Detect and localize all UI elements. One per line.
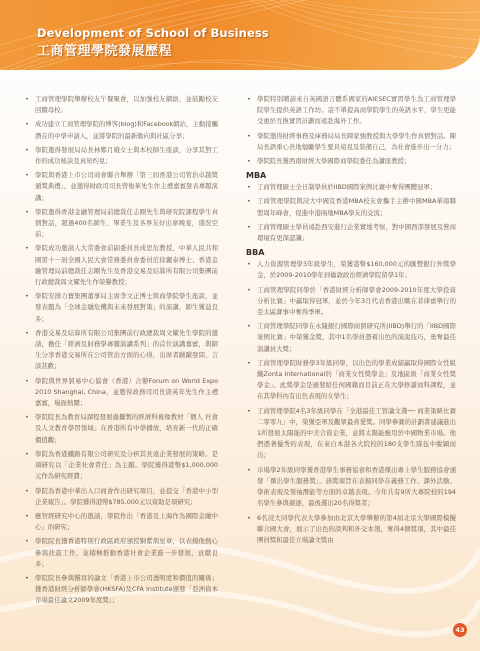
list-item: 學院邀得香港金融管理局前總裁任志剛先生與研究院課程學生真情對話，超過400名師生… — [24, 207, 218, 241]
bba-achievements-list: 人力資源管理學3年級學生，榮獲港幣$160,000元的匯豐銀行外獎學金，於200… — [246, 259, 456, 546]
list-item: 工商管理學院同學在永隆銀行國際商貿研究所(IIBD)舉行的「IIBD國際案例比賽… — [246, 321, 456, 355]
list-item: 香港交易及結算所有限公司集團前行政總裁周文耀先生學院的邀請，擔任「經濟及財務學專… — [24, 328, 218, 373]
list-item: 工商管理學院舉辦校友午餐聚會，以加強校友網絡，並鼓勵校友回饋母校； — [24, 94, 218, 116]
page-number-badge: 43 — [453, 623, 467, 637]
list-item: 學院成功邀請人大常委會前副委員長成思危教授、中華人民共和國第十一屆全國人民大會常… — [24, 243, 218, 288]
list-item: 應智經研究中心的邀請，學院作出「香港及上海作為國際金融中心」的研究； — [24, 511, 218, 533]
general-achievements-list: 學院特別聘請來自英國語言體系國家的AIESEC實習學生為工商管理學院學生提供英語… — [246, 94, 456, 167]
list-item: 學院院長獲西南財經大學國際商學院委任為講座教授； — [246, 156, 456, 167]
left-column: 工商管理學院舉辦校友午餐聚會，以加強校友網絡，並鼓勵校友回饋母校； 成功建立工商… — [24, 94, 218, 610]
list-item: 工商管理碩士全日制學員於IIBD國際案例比賽中奪得團體冠軍； — [246, 182, 456, 193]
list-item: 學院院長參與撰寫的論文「香港上市公司透明度和價值的關係」獲香港財經分析師學會(H… — [24, 573, 218, 607]
list-item: 工商管理碩士學員遠赴西安進行企業實地考察，對中國西部發展及營商環境有更深認識； — [246, 222, 456, 244]
list-item: 學院院長獲香港特別行政區政府頒授銅紫荊星章，以表揚他熱心參與扶貧工作，並積極推動… — [24, 536, 218, 570]
list-item: 學院院長為教育局課程發展處攝製的經濟科視像教材「個人 社會及人文教育學習領域」在… — [24, 412, 218, 446]
list-item: 工商管理學院同學於「香港財經分析師學會2009-2010年度大學投資分析比賽」中… — [246, 285, 456, 319]
list-item: 學院為香港鐵路有限公司研究及分析其長遠企業發展的策略。是項研究以「企業社會責任」… — [24, 449, 218, 483]
list-item: 6名浸大同學代表大學參加由北京大學舉辦的第4屆北京大學國際模擬聯合國大會，展示了… — [246, 513, 456, 547]
section-heading-bba: BBA — [246, 248, 456, 257]
page-title-chinese: 工商管理學院發展歷程 — [37, 40, 172, 59]
list-item: 成功建立工商管理學院的博客(blog)和Facebook網站，主動接觸潛在的中學… — [24, 119, 218, 141]
achievements-list: 工商管理學院舉辦校友午餐聚會，以加強校友網絡，並鼓勵校友回饋母校； 成功建立工商… — [24, 94, 218, 607]
list-item: 學院為香港中華出入口商會作出研究項目，並提交「香港中小型企業報告」。學院獲得港幣… — [24, 486, 218, 508]
list-item: 學院特別聘請來自英國語言體系國家的AIESEC實習學生為工商管理學院學生提供英語… — [246, 94, 456, 128]
list-item: 人力資源管理學3年級學生，榮獲港幣$160,000元的匯豐銀行外獎學金，於200… — [246, 259, 456, 281]
right-column: 學院特別聘請來自英國語言體系國家的AIESEC實習學生為工商管理學院學生提供英語… — [246, 94, 456, 549]
list-item: 工商管理學院財務學3年級同學，以出色的學業成績贏取得國際女性組織Zonta In… — [246, 358, 456, 403]
header-banner: Development of School of Business 工商管理學院… — [0, 0, 480, 70]
list-item: 學院安排力寶集團董事局主席李文正博士與商學院學生座談，並發表題為「全球金融危機與… — [24, 291, 218, 325]
list-item: 市場學2年級同學獲香港學生事務協會和香港傑出專上學生服務協會頒發「傑出學生服務獎… — [246, 465, 456, 510]
section-heading-mba: MBA — [246, 171, 456, 180]
list-item: 學院與香港上市公司商會聯合舉辦「第三屆香港公司管治卓越獎頒獎典禮」，並邀得財政司… — [24, 170, 218, 204]
list-item: 工商管理學院4名3年級同學在「全港最佳工管論文選── 商業策略比賽二零零九」中，… — [246, 406, 456, 462]
list-item: 學院與世界貿易中心協會（香港）合辦Forum on World Expo 201… — [24, 376, 218, 410]
mba-achievements-list: 工商管理碩士全日制學員於IIBD國際案例比賽中奪得團體冠軍； 工商管理學院與浸大… — [246, 182, 456, 244]
list-item: 學院邀得財經事務及庫務局局長陳家強教授與大學學生作真情對話。陳局長語重心長地勉勵… — [246, 131, 456, 153]
list-item: 工商管理學院與浸大中國及香港MBA校友會攜手主辦中國MBA華南聯盟周年峰會，促進… — [246, 196, 456, 218]
list-item: 學院邀得發展局局長林鄭月娥女士與本校師生座談，分享其對工作的成功秘訣及真知灼見； — [24, 145, 218, 167]
page-title-english: Development of School of Business — [37, 26, 269, 40]
